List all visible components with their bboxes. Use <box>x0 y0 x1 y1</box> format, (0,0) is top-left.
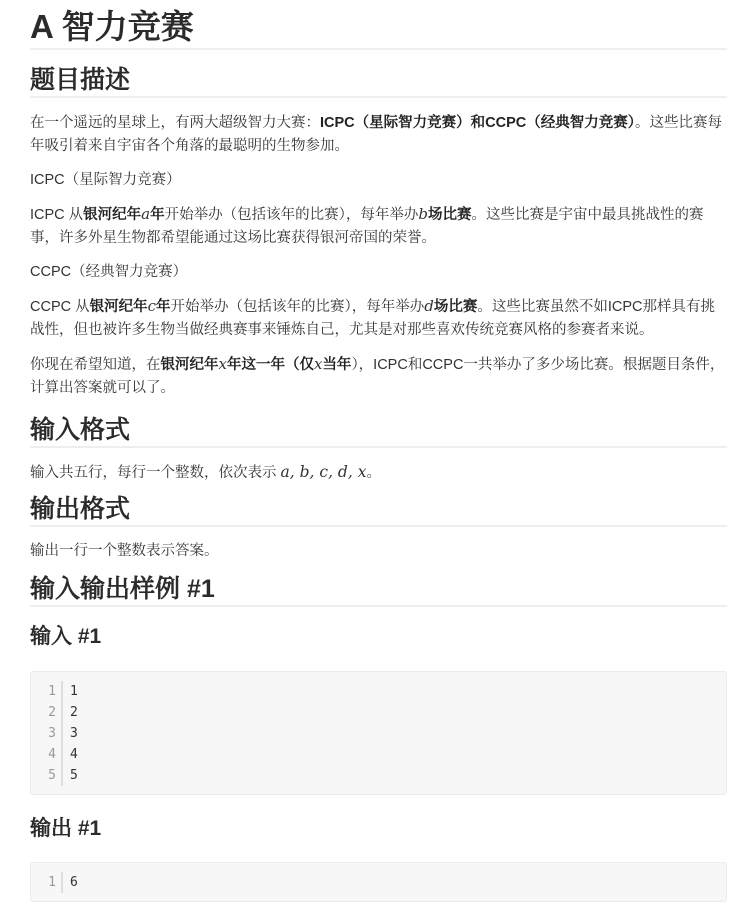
description-paragraph-ccpc: CCPC 从银河纪年c年开始举办（包括该年的比赛），每年举办d场比赛。这些比赛虽… <box>30 295 727 342</box>
line-content: 6 <box>63 872 78 893</box>
text: 你现在希望知道，在 <box>30 357 161 373</box>
sample-input-code-block[interactable]: 11 22 33 44 55 <box>30 671 727 795</box>
math-var-d: d <box>424 297 434 315</box>
description-heading: 题目描述 <box>30 64 727 98</box>
input-format-text: 输入共五行，每行一个整数，依次表示 a, b, c, d, x。 <box>30 461 727 485</box>
samples-heading: 输入输出样例 #1 <box>30 573 727 607</box>
line-content: 1 <box>63 681 78 702</box>
line-content: 3 <box>63 723 78 744</box>
bold-text: 当年 <box>322 357 351 373</box>
line-number: 3 <box>31 723 61 744</box>
bold-text: 银河纪年 <box>161 357 219 373</box>
line-number: 2 <box>31 702 61 723</box>
bold-text: 年 <box>150 207 165 223</box>
line-number: 1 <box>31 872 61 893</box>
text: 在一个遥远的星球上，有两大超级智力大赛： <box>30 115 320 131</box>
line-number: 1 <box>31 681 61 702</box>
icpc-label: ICPC（星际智力竞赛） <box>30 169 727 192</box>
code-line: 22 <box>31 702 726 723</box>
math-var-b: b <box>418 205 428 223</box>
code-line: 11 <box>31 681 726 702</box>
sample-input-heading: 输入 #1 <box>30 623 727 651</box>
math-var-a: a <box>141 205 150 223</box>
bold-text: 年 <box>156 299 171 315</box>
description-paragraph-1: 在一个遥远的星球上，有两大超级智力大赛：ICPC（星际智力竞赛）和CCPC（经典… <box>30 112 727 158</box>
text: ICPC 从 <box>30 207 83 223</box>
code-line: 44 <box>31 744 726 765</box>
math-vars: a, b, c, d, x <box>281 463 367 481</box>
description-paragraph-question: 你现在希望知道，在银河纪年x年这一年（仅x当年），ICPC和CCPC一共举办了多… <box>30 353 727 400</box>
text: 。 <box>366 465 381 481</box>
text: 输入共五行，每行一个整数，依次表示 <box>30 465 281 481</box>
input-format-heading: 输入格式 <box>30 414 727 448</box>
bold-text: 年这一年（仅 <box>227 357 314 373</box>
text: 开始举办（包括该年的比赛），每年举办 <box>165 207 419 223</box>
text: 开始举办（包括该年的比赛），每年举办 <box>171 299 425 315</box>
line-content: 2 <box>63 702 78 723</box>
math-var-c: c <box>148 297 156 315</box>
line-content: 4 <box>63 744 78 765</box>
code-line: 55 <box>31 765 726 786</box>
sample-output-code-block[interactable]: 16 <box>30 862 727 902</box>
bold-text: 银河纪年 <box>83 207 141 223</box>
math-var-x: x <box>219 355 227 373</box>
output-format-heading: 输出格式 <box>30 493 727 527</box>
text: CCPC 从 <box>30 299 90 315</box>
problem-title: A 智力竞赛 <box>30 0 727 50</box>
ccpc-label: CCPC（经典智力竞赛） <box>30 261 727 284</box>
line-content: 5 <box>63 765 78 786</box>
code-line: 16 <box>31 872 726 893</box>
output-format-text: 输出一行一个整数表示答案。 <box>30 540 727 563</box>
line-number: 5 <box>31 765 61 786</box>
sample-output-heading: 输出 #1 <box>30 815 727 843</box>
code-line: 33 <box>31 723 726 744</box>
bold-text: 场比赛 <box>434 299 478 315</box>
description-paragraph-icpc: ICPC 从银河纪年a年开始举办（包括该年的比赛），每年举办b场比赛。这些比赛是… <box>30 203 727 250</box>
bold-text: 银河纪年 <box>90 299 148 315</box>
bold-text: 场比赛 <box>428 207 472 223</box>
bold-text: ICPC（星际智力竞赛）和CCPC（经典智力竞赛） <box>320 115 635 131</box>
problem-page: A 智力竞赛 题目描述 在一个遥远的星球上，有两大超级智力大赛：ICPC（星际智… <box>0 0 748 902</box>
line-number: 4 <box>31 744 61 765</box>
